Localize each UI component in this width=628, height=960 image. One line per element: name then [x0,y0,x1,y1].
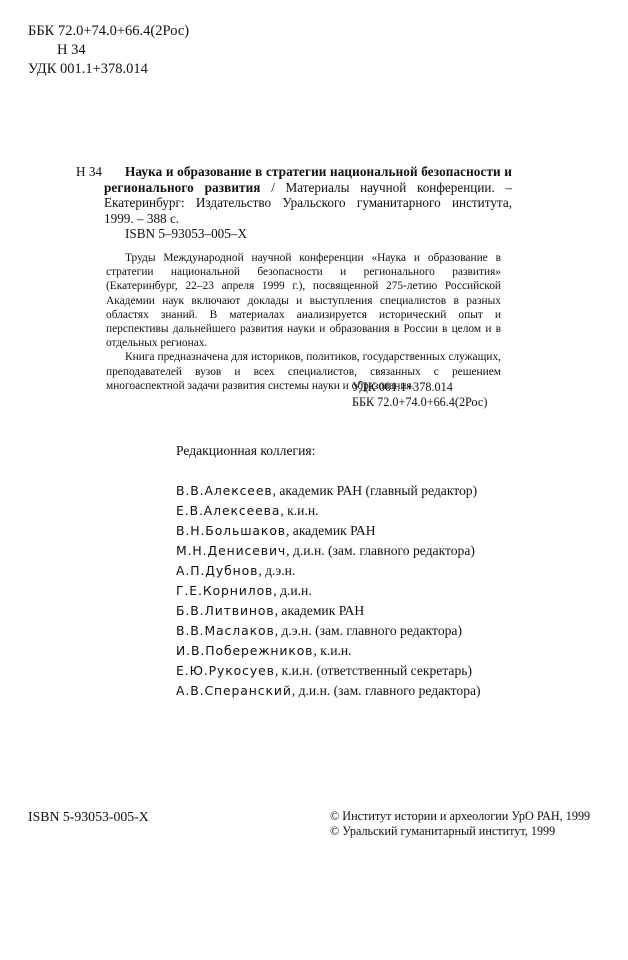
board-member: В.В.Маслаков, д.э.н. (зам. главного реда… [176,621,481,641]
udk-code: УДК 001.1+378.014 [352,380,487,395]
member-name: М.Н.Денисевич [176,543,286,558]
member-name: Е.В.Алексеева [176,503,280,518]
editorial-board-heading: Редакционная коллегия: [176,441,481,461]
board-member: В.В.Алексеев, академик РАН (главный реда… [176,481,481,501]
annotation-paragraph: Труды Международной научной конференции … [106,251,501,350]
member-name: И.В.Побережников [176,643,313,658]
classification-codes: УДК 001.1+378.014 ББК 72.0+74.0+66.4(2Ро… [352,380,487,410]
member-name: А.В.Сперанский [176,683,292,698]
board-member: М.Н.Денисевич, д.и.н. (зам. главного ред… [176,541,481,561]
author-mark: Н 34 [28,41,189,60]
member-name: А.П.Дубнов [176,563,258,578]
board-member: Е.В.Алексеева, к.и.н. [176,501,481,521]
member-role: , к.и.н. [280,503,318,518]
copyright-line: © Институт истории и археологии УрО РАН,… [330,809,590,824]
board-member: Е.Ю.Рукосуев, к.и.н. (ответственный секр… [176,661,481,681]
member-role: , академик РАН [275,603,365,618]
catalog-entry: Н 34 Наука и образование в стратегии нац… [76,164,512,242]
board-member: А.В.Сперанский, д.и.н. (зам. главного ре… [176,681,481,701]
board-member: Г.Е.Корнилов, д.и.н. [176,581,481,601]
annotation: Труды Международной научной конференции … [106,251,501,393]
board-member: И.В.Побережников, к.и.н. [176,641,481,661]
board-member: А.П.Дубнов, д.э.н. [176,561,481,581]
member-role: , д.э.н. (зам. главного редактора) [275,623,462,638]
catalog-isbn: ISBN 5–93053–005–X [125,226,512,242]
copyright-notices: © Институт истории и археологии УрО РАН,… [330,809,590,839]
member-name: Г.Е.Корнилов [176,583,273,598]
member-name: В.Н.Большаков [176,523,286,538]
bbk-code: ББК 72.0+74.0+66.4(2Рос) [28,22,189,41]
editorial-board: Редакционная коллегия: В.В.Алексеев, ака… [176,441,481,701]
member-role: , д.э.н. [258,563,295,578]
member-role: , д.и.н. (зам. главного редактора) [286,543,475,558]
udk-code: УДК 001.1+378.014 [28,60,189,79]
board-member: Б.В.Литвинов, академик РАН [176,601,481,621]
member-role: , д.и.н. (зам. главного редактора) [292,683,481,698]
member-role: , академик РАН [286,523,376,538]
editorial-board-list: В.В.Алексеев, академик РАН (главный реда… [176,481,481,701]
member-role: , к.и.н. (ответственный секретарь) [275,663,472,678]
member-name: В.В.Маслаков [176,623,275,638]
bbk-code: ББК 72.0+74.0+66.4(2Рос) [352,395,487,410]
footer-isbn: ISBN 5-93053-005-X [28,809,149,825]
catalog-mark: Н 34 [76,164,102,180]
member-role: , академик РАН (главный редактор) [273,483,478,498]
board-member: В.Н.Большаков, академик РАН [176,521,481,541]
copyright-line: © Уральский гуманитарный институт, 1999 [330,824,590,839]
classification-codes-header: ББК 72.0+74.0+66.4(2Рос) Н 34 УДК 001.1+… [28,22,189,79]
member-role: , к.и.н. [313,643,351,658]
bibliographic-description: Наука и образование в стратегии национал… [104,164,512,226]
member-role: , д.и.н. [273,583,311,598]
member-name: Е.Ю.Рукосуев [176,663,275,678]
member-name: В.В.Алексеев [176,483,273,498]
member-name: Б.В.Литвинов [176,603,275,618]
